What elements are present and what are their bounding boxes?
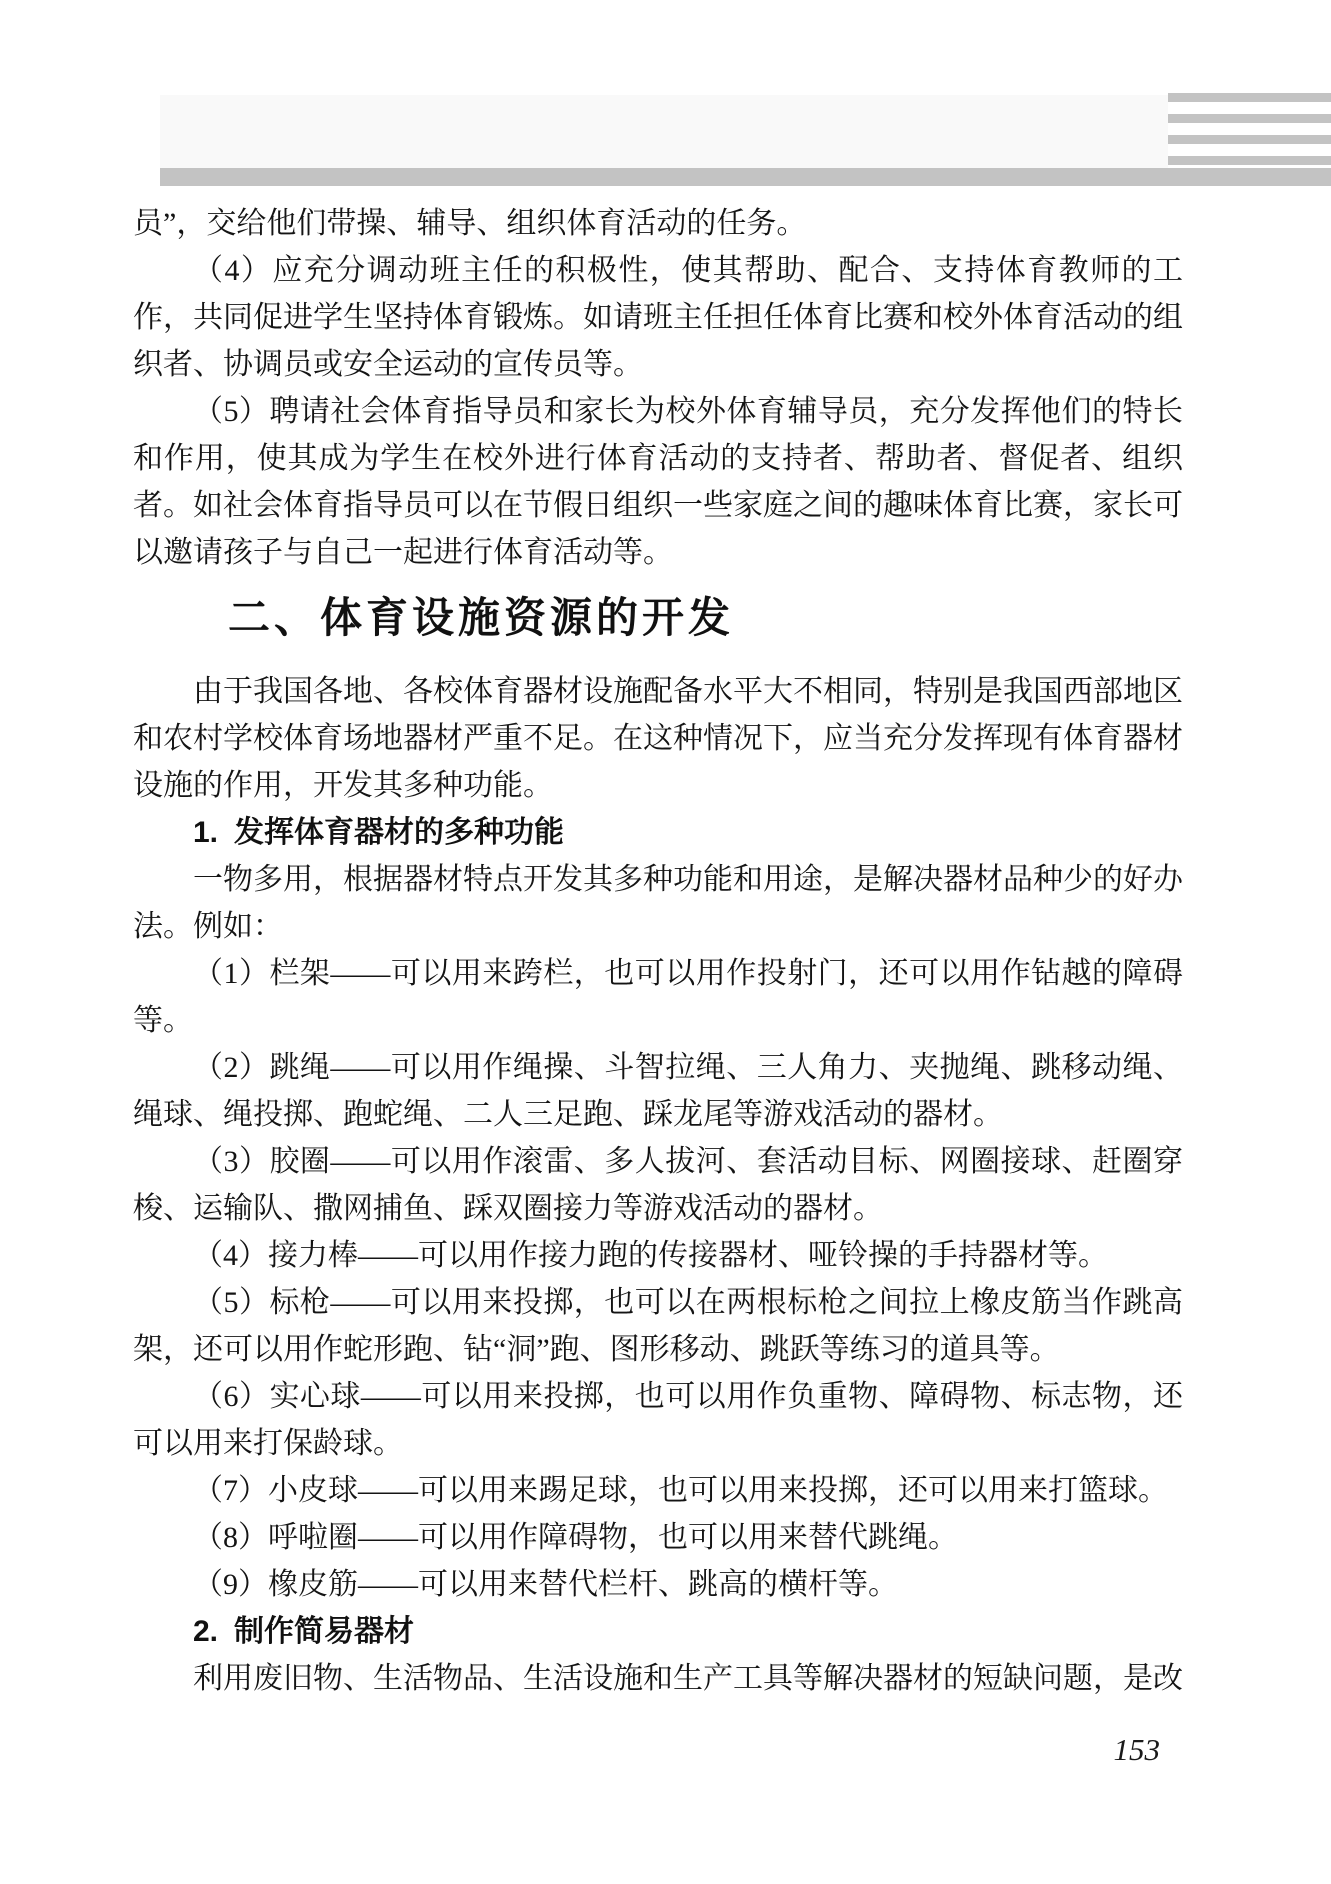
paragraph: （4）应充分调动班主任的积极性，使其帮助、配合、支持体育教师的工作，共同促进学生… xyxy=(133,247,1183,388)
list-item-paragraph: （3）胶圈——可以用作滚雷、多人拔河、套活动目标、网圈接球、赶圈穿梭、运输队、撒… xyxy=(133,1138,1183,1232)
paragraph: 一物多用，根据器材特点开发其多种功能和用途，是解决器材品种少的好办法。例如： xyxy=(133,856,1183,950)
subsection-title: 发挥体育器材的多种功能 xyxy=(234,816,564,849)
subsection-number: 2. xyxy=(193,1615,218,1648)
list-item-paragraph: （5）标枪——可以用来投掷，也可以在两根标枪之间拉上橡皮筋当作跳高架，还可以用作… xyxy=(133,1279,1183,1373)
list-item-paragraph: （9）橡皮筋——可以用来替代栏杆、跳高的横杆等。 xyxy=(133,1561,1183,1608)
section-heading: 二、体育设施资源的开发 xyxy=(228,588,1183,650)
list-item-paragraph: （2）跳绳——可以用作绳操、斗智拉绳、三人角力、夹抛绳、跳移动绳、绳球、绳投掷、… xyxy=(133,1044,1183,1138)
subsection-heading: 1.发挥体育器材的多种功能 xyxy=(133,809,1183,856)
list-item-paragraph: （8）呼啦圈——可以用作障碍物，也可以用来替代跳绳。 xyxy=(133,1514,1183,1561)
deco-bar xyxy=(1168,114,1331,123)
subsection-heading: 2.制作简易器材 xyxy=(133,1608,1183,1655)
paragraph: （5）聘请社会体育指导员和家长为校外体育辅导员，充分发挥他们的特长和作用，使其成… xyxy=(133,388,1183,576)
list-item-paragraph: （4）接力棒——可以用作接力跑的传接器材、哑铃操的手持器材等。 xyxy=(133,1232,1183,1279)
page-number: 153 xyxy=(1114,1732,1161,1768)
book-page: 员”，交给他们带操、辅导、组织体育活动的任务。 （4）应充分调动班主任的积极性，… xyxy=(0,0,1331,1884)
list-item-paragraph: （7）小皮球——可以用来踢足球，也可以用来投掷，还可以用来打篮球。 xyxy=(133,1467,1183,1514)
list-item-paragraph: （1）栏架——可以用来跨栏，也可以用作投射门，还可以用作钻越的障碍等。 xyxy=(133,950,1183,1044)
paragraph: 利用废旧物、生活物品、生活设施和生产工具等解决器材的短缺问题，是改 xyxy=(133,1655,1183,1702)
list-item-paragraph: （6）实心球——可以用来投掷，也可以用作负重物、障碍物、标志物，还可以用来打保龄… xyxy=(133,1373,1183,1467)
header-deco-bars xyxy=(1168,93,1331,168)
header-band xyxy=(160,95,1168,168)
deco-bar xyxy=(1168,93,1331,102)
paragraph-continuation: 员”，交给他们带操、辅导、组织体育活动的任务。 xyxy=(133,200,1183,247)
deco-bar xyxy=(1168,135,1331,144)
header-rule xyxy=(160,168,1331,186)
subsection-number: 1. xyxy=(193,816,218,849)
subsection-title: 制作简易器材 xyxy=(234,1615,414,1648)
page-body-text: 员”，交给他们带操、辅导、组织体育活动的任务。 （4）应充分调动班主任的积极性，… xyxy=(133,186,1183,1702)
paragraph: 由于我国各地、各校体育器材设施配备水平大不相同，特别是我国西部地区和农村学校体育… xyxy=(133,668,1183,809)
deco-bar xyxy=(1168,156,1331,165)
